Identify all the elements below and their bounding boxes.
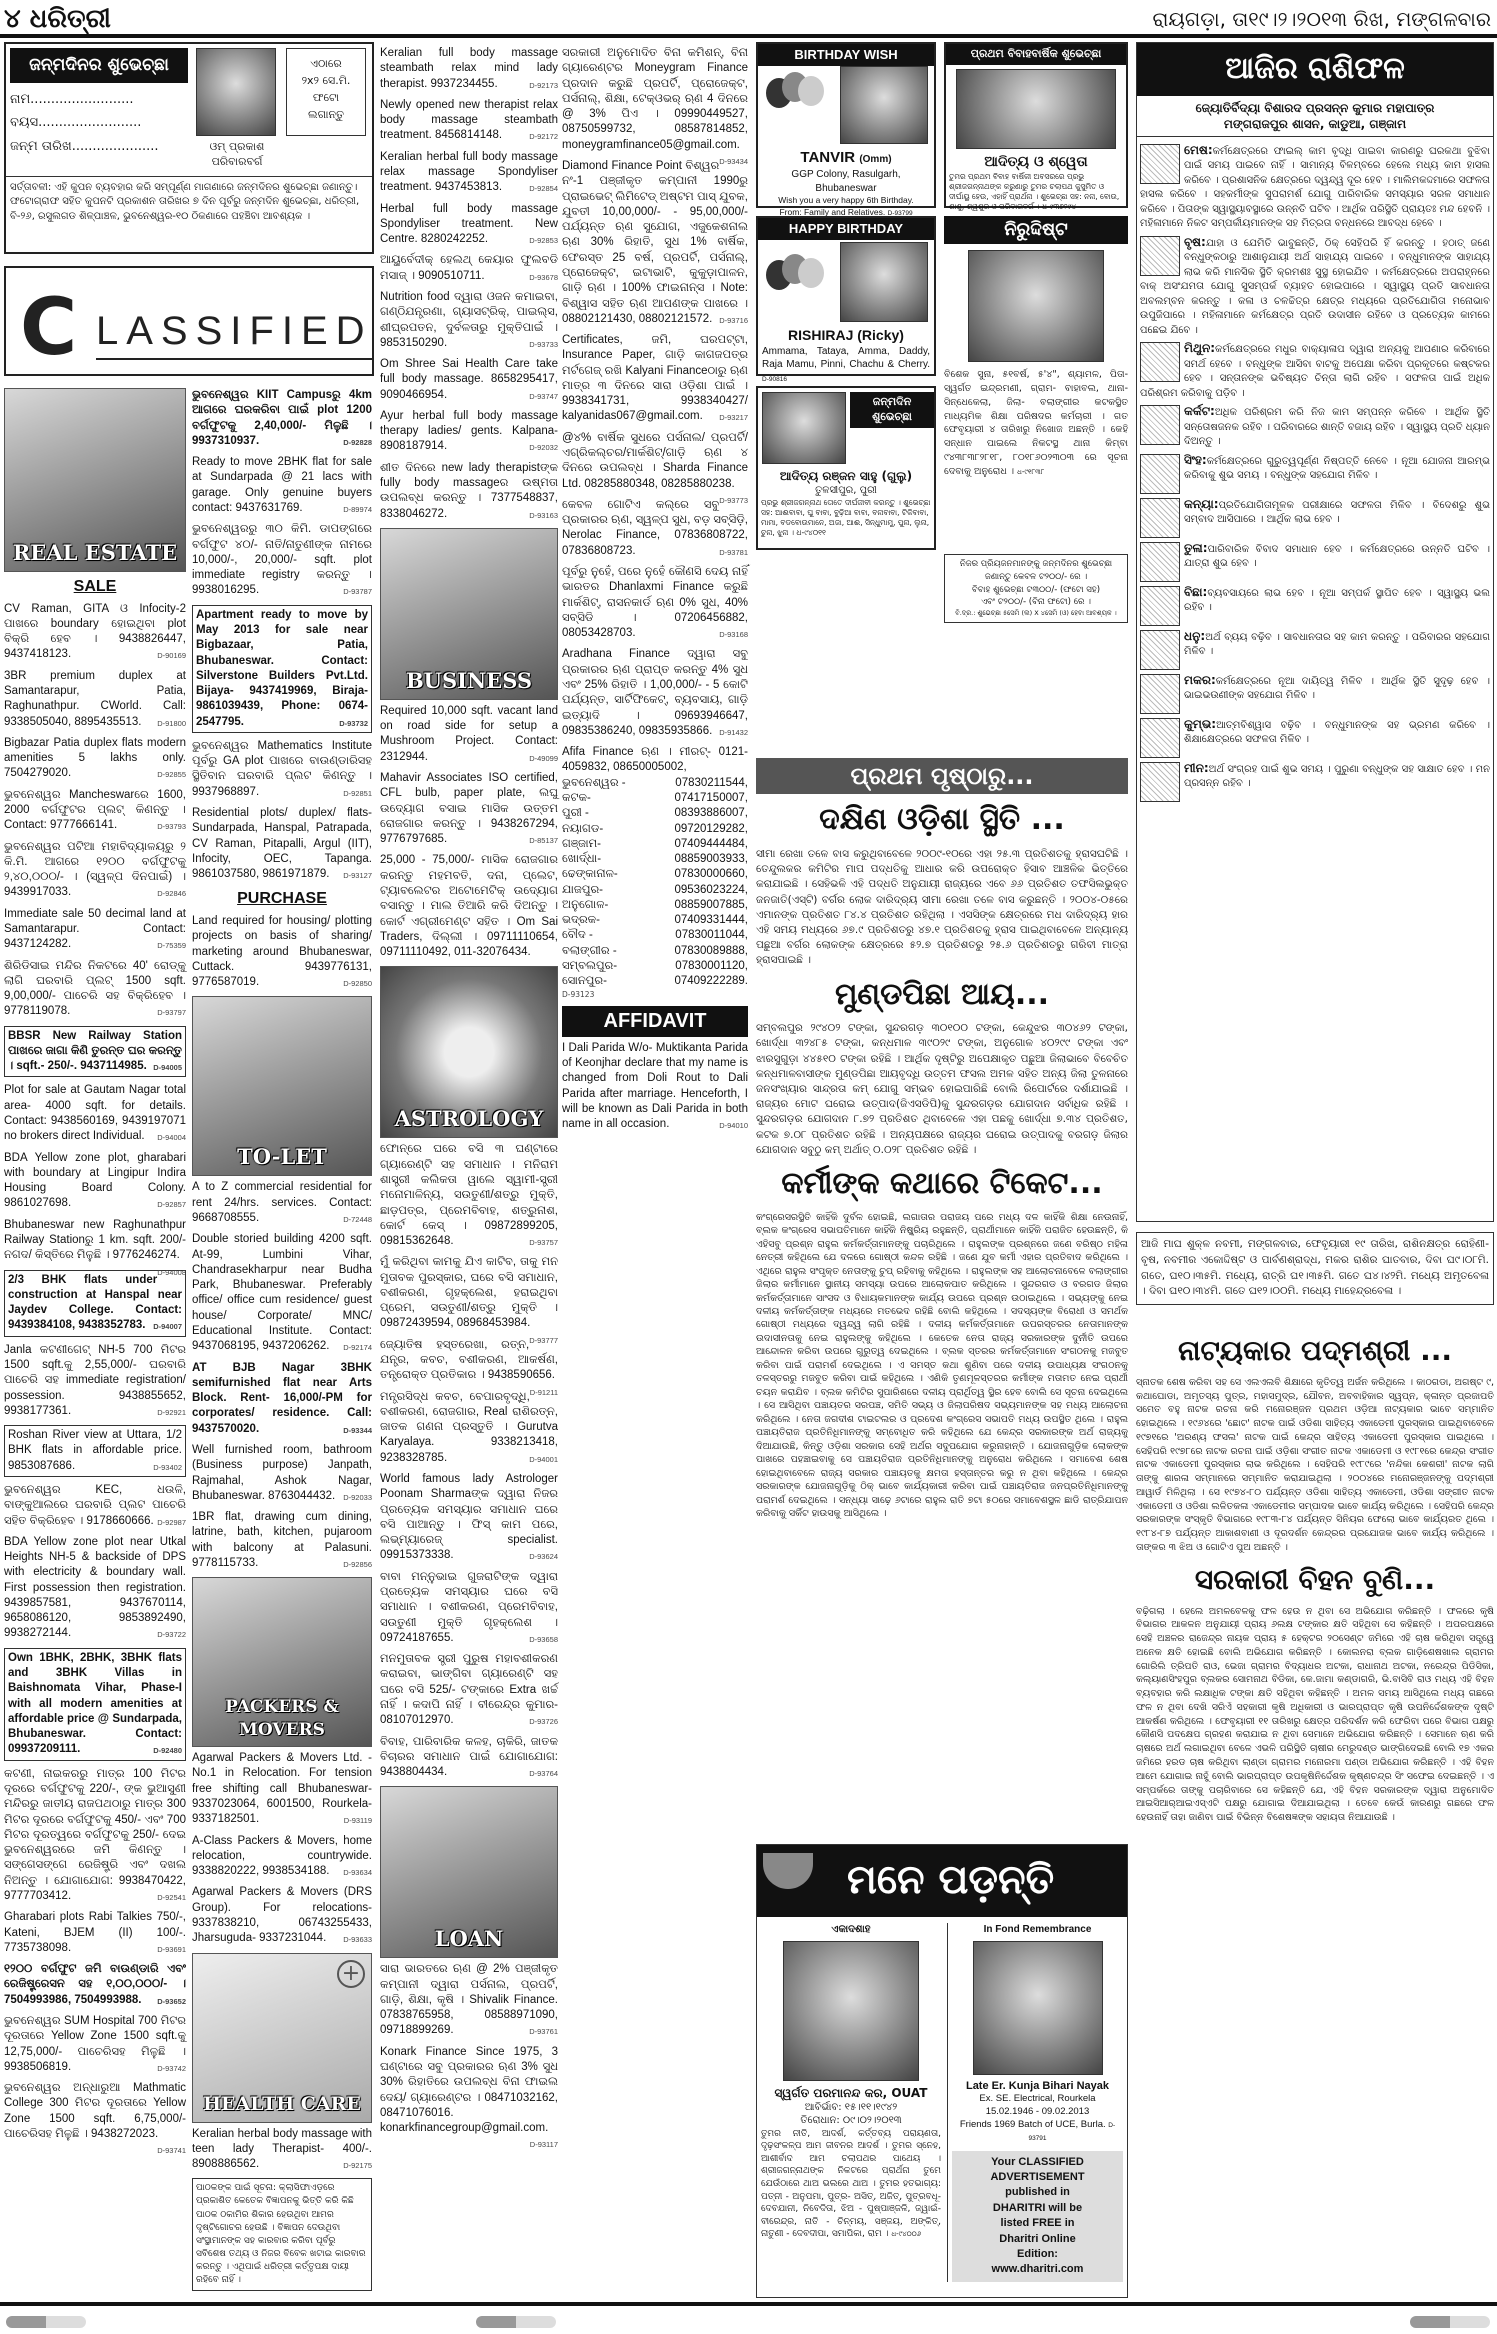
astrologer-address: ମଙ୍ଗରାଜପୁର ଶାସନ, କାଡୁଆ, ଗଞ୍ଜାମ [1141, 116, 1489, 132]
classified-ad: Agarwal Packers & Movers (DRS Group). Fo… [192, 1885, 372, 1946]
anniversary-box: ପ୍ରଥମ ବିବାହବାର୍ଷିକ ଶୁଭେଚ୍ଛା ଆଦିତ୍ୟ ଓ ଶ୍ୱ… [944, 42, 1128, 208]
real-estate-image: REAL ESTATE [4, 388, 186, 572]
classified-ad: ଭୁବନେଶ୍ୱର KIIT Campusରୁ 4km ଆଗରେ ଘରକରିବା… [192, 388, 372, 449]
branch-phone: 07830001120, [675, 959, 748, 974]
tanvir-nick: (Omm) [859, 154, 891, 165]
ad-text: Apartment ready to move by May 2013 for … [196, 609, 368, 728]
ad-text: ମନମୁତାବକ ସ୍ତ୍ରୀ ପୁରୁଷ ମହାବଶୀକରଣ କରାଇବା, … [380, 1653, 558, 1726]
column-real-estate: REAL ESTATE SALE CV Raman, GITA ଓ Infoci… [4, 384, 186, 2156]
promo-line: listed FREE in [956, 2216, 1119, 2231]
section-sale: SALE [4, 576, 186, 598]
classified-ad: Bigbazar Patia duplex flats modern ameni… [4, 736, 186, 782]
horoscope-box: ଆଜିର ରାଶିଫଳ ଜ୍ୟୋତିର୍ବିଦ୍ୟା ବିଶାରଦ ପ୍ରସନ୍… [1136, 42, 1494, 1222]
zodiac-forecast: ଅର୍ଥ ବ୍ୟୟ ବଢ଼ିବ । ସାବଧାନତାର ସହ କାମ କରନ୍ତ… [1184, 632, 1490, 658]
classified-ad: ଆୟୁର୍ବେଦୀକ୍ ହେଲଥ୍ କେୟାର ଫୁଲବଡି ମସାଜ୍ । 9… [380, 253, 558, 284]
tolet-ads-list: A to Z commercial residential for rent 2… [192, 1180, 372, 1571]
classified-ad: ସାରା ଭାରତରେ ଋଣ @ 2% ପଞ୍ଜୀକୃତ କମ୍ପାନୀ ଦ୍ୱ… [380, 1962, 558, 2038]
missing-person-photo [968, 250, 1104, 362]
loan-label: LOAN [381, 1925, 557, 1953]
zodiac-forecast: ପ୍ରତିଯୋଗିତାମୂଳକ ପରୀକ୍ଷାରେ ସଫଳତା ମିଳିବ । … [1184, 500, 1490, 526]
jonmodin-text: ପ୍ରଭୁ ଶ୍ରୀଜଗନ୍ନାଥ ତୋତେ ଦୀର୍ଘଜୀବୀ କରନ୍ତୁ … [761, 498, 930, 537]
zodiac-sign-icon [1140, 454, 1180, 494]
ad-code: D-94008 [157, 1268, 186, 1278]
classified-ad: BDA Yellow zone plot near Utkal Heights … [4, 1535, 186, 1642]
page-header: ୪ ଧରିତ୍ରୀ ରାୟଗଡ଼ା, ତା୧୯।୨।୨୦୧୩ ରିଖ, ମଙ୍ଗ… [0, 0, 1497, 38]
purchase-ads-list: Land required for housing/ plotting proj… [192, 914, 372, 990]
classified-ad: Keralian herbal full body massage relax … [380, 150, 558, 196]
classified-ad: Keralian herbal body massage with teen l… [192, 2127, 372, 2173]
classified-ad: କଟଣୀ, ନାଇକରରୁ ମାତ୍ର 100 ମିଟର ଦୂରରେ ବର୍ଗଫ… [4, 1767, 186, 1905]
obituary-left: ଏକାଦଶାହ ସ୍ୱର୍ଗତ ପରମାନନ୍ଦ କର, OUAT ଆବିର୍ଭ… [761, 1923, 941, 2241]
classified-ad: World famous lady Astrologer Poonam Shar… [380, 1472, 558, 1564]
ad-code: D-93652 [157, 1997, 186, 2007]
ad-text: Bhubaneswar new Raghunathpur Railway Sta… [4, 1219, 186, 1262]
classified-ad: Keralian full body massage steambath rel… [380, 46, 558, 92]
headline-ticket: କର୍ମୀଙ୍କ କଥାରେ ଟିକେଟ... [756, 1164, 1128, 1205]
branch-row: ଭଦ୍ରକ-07409331444, [562, 913, 748, 928]
ad-code: D-93344 [343, 1426, 372, 1436]
ad-code: D-93434 [719, 157, 748, 167]
remembrance-line: 15.02.1946 - 09.02.2013 [952, 2106, 1123, 2119]
massage-ads-list: Keralian full body massage steambath rel… [380, 46, 558, 522]
classified-initial: C [20, 276, 77, 381]
branch-phone: 07830000660, [674, 867, 748, 882]
ad-code: D-92480 [153, 1746, 182, 1756]
ad-code: D-93634 [343, 1868, 372, 1878]
zodiac-sign-icon [1140, 674, 1180, 714]
ad-code: D-94007 [153, 1322, 182, 1332]
wishes-block: BIRTHDAY WISH TANVIR (Omm) GGP Colony, R… [756, 42, 1128, 750]
classified-ad: Om Shree Sai Health Care take full body … [380, 357, 558, 403]
wish-rates-box: ନିଜର ପ୍ରିୟଜନମାନଙ୍କୁ ଜନ୍ମଦିନର ଶୁଭେଚ୍ଛା ଜଣ… [944, 554, 1128, 623]
balloons-icon [766, 72, 826, 122]
ad-code: D-93163 [529, 511, 558, 521]
health-care-label: HEALTH CARE [193, 2092, 371, 2118]
zodiac-sign-icon [1140, 498, 1180, 538]
ad-code: D-92987 [157, 1518, 186, 1528]
ad-text: ଫୋନ୍‌ରେ ଘରେ ବସି ୩ ଘଣ୍ଟାରେ ଗ୍ୟାରେଣ୍ଟି ସହ … [380, 1143, 558, 1247]
ad-code: D-93127 [343, 871, 372, 881]
classified-ad: ମନ୍ତ୍ରସିଦ୍ଧ କବଚ, ବେପାରବୃଦ୍ଧି, ବଶୀକରଣ, ରୋ… [380, 1390, 558, 1466]
classified-ad: Janla କଟଣୀଗେଟ୍ NH-5 700 ମିଟର 1500 sqft.କ… [4, 1343, 186, 1419]
ad-code: D-92846 [157, 889, 186, 899]
news-continued: ପ୍ରଥମ ପୃଷ୍ଠାରୁ... ଦକ୍ଷିଣ ଓଡ଼ିଶା ସ୍ଥିତି .… [756, 758, 1128, 1583]
affidavit-title: AFFIDAVIT [562, 1006, 748, 1037]
branch-phone: 07409222289. [674, 974, 748, 989]
ad-code: D-91432 [719, 728, 748, 738]
zodiac-entry: ଧନୁ:ଅର୍ଥ ବ୍ୟୟ ବଢ଼ିବ । ସାବଧାନତାର ସହ କାମ କ… [1140, 628, 1490, 670]
zodiac-entry: କନ୍ୟା:ପ୍ରତିଯୋଗିତାମୂଳକ ପରୀକ୍ଷାରେ ସଫଳତା ମି… [1140, 496, 1490, 538]
page-number-masthead: ୪ ଧରିତ୍ରୀ [4, 2, 111, 37]
classified-ad: 25,000 - 75,000/- ମାସିକ ରୋଜଗାର କରନ୍ତୁ ମହ… [380, 853, 558, 960]
branch-phone: 07409444484, [674, 837, 748, 852]
classified-word: LASSIFIED [96, 304, 373, 360]
zodiac-name: କନ୍ୟା: [1184, 497, 1219, 511]
classified-ad: Herbal full body massage Spondyliser tre… [380, 202, 558, 248]
zodiac-entry: ମିଥୁନ:କର୍ମକ୍ଷେତ୍ରରେ ମଧୁର ବାକ୍ୟାଳାପ ଦ୍ୱାର… [1140, 340, 1490, 401]
business-ads-list: Required 10,000 sqft. vacant land on roa… [380, 704, 558, 961]
ad-code: D-93716 [719, 316, 748, 326]
branch-phone: 07830211544, [675, 776, 748, 791]
affidavit-text: I Dali Parida W/o- Muktikanta Parida of … [562, 1042, 748, 1130]
zodiac-sign-icon [1140, 586, 1180, 626]
ad-code: D-94004 [157, 1133, 186, 1143]
photo-caption-family: ପରିବାରବର୍ଗ [196, 155, 278, 170]
zodiac-entry: କର୍କଟ:ଅଧିକ ପରିଶ୍ରମ କରି ନିଜ କାମ ସମ୍ପନ୍ନ କ… [1140, 403, 1490, 450]
rate-line: ଜଣାନ୍ତୁ କେବଳ ଟ୨୦୦/- ରେ । [948, 571, 1124, 584]
zodiac-list: ମେଷ:କର୍ମକ୍ଷେତ୍ରରେ ଫାଇଲ୍ କାମ ବୃଦ୍ଧି ପାଇବା… [1137, 137, 1493, 807]
remembrance-line: Friends 1969 Batch of UCE, Burla. [960, 2119, 1106, 2130]
diya-lamp-icon [763, 1853, 813, 1889]
ad-code: D-92541 [157, 1893, 186, 1903]
obituary-block: ମନେ ପଡ଼ନ୍ତି ଏକାଦଶାହ ସ୍ୱର୍ଗତ ପରମାନନ୍ଦ କର,… [756, 1844, 1128, 2298]
ad-code: ଧ-୯୪୦୦୬ [891, 2230, 921, 2238]
classified-ad: BDA Yellow zone plot, gharabari with bou… [4, 1151, 186, 1212]
tolet-image: TO-LET [192, 996, 372, 1176]
property-ads-list: ଭୁବନେଶ୍ୱର KIIT Campusରୁ 4km ଆଗରେ ଘରକରିବା… [192, 388, 372, 882]
branch-row: ବଲାଙ୍ଗୀର -07830089888, [562, 944, 748, 959]
remembrance-label: In Fond Remembrance [952, 1923, 1123, 1937]
branch-city: ଯାଜପୁର- [562, 883, 603, 898]
ad-code: D-93168 [719, 630, 748, 640]
classified-ad: Double storied building 4200 sqft. At-99… [192, 1232, 372, 1354]
missing-text: ବିଶେକ ସୁନା, ୫୧ବର୍ଷ, ୫'୪", ଶ୍ୟାମଳ, ପିତା- … [944, 369, 1128, 476]
branch-city: ସୋନପୁର- [562, 974, 607, 989]
zodiac-name: କର୍କଟ: [1184, 404, 1215, 418]
classified-ad: ପୂର୍ବରୁ ନୁହେଁ, ପରେ ନୁହେଁ କୌଣସି ଦେୟ ନାହିଁ… [562, 565, 748, 641]
zodiac-name: ସିଂହ: [1184, 453, 1207, 467]
classified-ad: Ready to move 2BHK flat for sale at Sund… [192, 455, 372, 516]
packers-movers-label: PACKERS & MOVERS [193, 1696, 371, 1742]
page-tab-right [1410, 2316, 1490, 2328]
business-image: BUSINESS [380, 528, 558, 700]
child-photo [196, 48, 276, 136]
zodiac-name: ମକର: [1184, 673, 1216, 687]
classified-ad: 1BR flat, drawing cum dining, latrine, b… [192, 1510, 372, 1571]
ad-code: D-93658 [529, 1635, 558, 1645]
ad-code: ଧ-୯୧୮୩୮ [1017, 468, 1044, 476]
died-date: ତିରୋଧାନ: ୦୯।୦୨।୨୦୧୩ [761, 2114, 941, 2128]
ad-code: D-93777 [529, 1336, 558, 1346]
right-news: ନାଟ୍ୟକାର ପଦ୍ମଶ୍ରୀ ... ସ୍ନାତକ ଶେଷ କରିବା ସ… [1136, 1326, 1494, 1825]
zodiac-entry: କୁମ୍ଭ:ଆତ୍ମବିଶ୍ୱାସ ବଢ଼ିବ । ବନ୍ଧୁମାନଙ୍କ ସହ… [1140, 716, 1490, 758]
classified-ad: ଶିରିଡିସାଇ ମନ୍ଦିର ନିକଟରେ 40' ରୋଡ୍‌କୁ ଲାଗି… [4, 959, 186, 1020]
anniversary-title: ପ୍ରଥମ ବିବାହବାର୍ଷିକ ଶୁଭେଚ୍ଛା [946, 44, 1126, 65]
ad-code: D-93761 [529, 2027, 558, 2037]
packers-ads-list: Agarwal Packers & Movers Ltd. - No.1 in … [192, 1751, 372, 1946]
zodiac-sign-icon [1140, 542, 1180, 582]
finance-ads-list: ସରକାରୀ ଅନୁମୋଦିତ ବିନା କମିଶନ୍, ବିନା ଗ୍ୟାରେ… [562, 46, 748, 739]
zodiac-sign-icon [1140, 144, 1180, 184]
zodiac-name: ମୀନ: [1184, 761, 1209, 775]
classified-ad: Well furnished room, bathroom (Business … [192, 1443, 372, 1504]
branch-city: ବୌଦ - [562, 928, 593, 943]
branch-phone: 08393886007, [674, 806, 748, 821]
photo-box-line: ଲଗାନ୍ତୁ [287, 106, 365, 123]
ad-code: D-93691 [157, 1945, 186, 1955]
classified-ad: Agarwal Packers & Movers Ltd. - No.1 in … [192, 1751, 372, 1827]
story-seeds: ବଢ଼ିଗଲା । ହେଲେ ଅମଳବେଳକୁ ଫଳ ହେଉ ନ ଥିବା ସେ… [1136, 1605, 1494, 1825]
classified-ad: ସରକାରୀ ଅନୁମୋଦିତ ବିନା କମିଶନ୍, ବିନା ଗ୍ୟାରେ… [562, 46, 748, 153]
branch-row: ବୌଦ -07830011044, [562, 928, 748, 943]
classified-ad: ଶୀତ ଦିନରେ new lady therapistଙ୍କ fully bo… [380, 461, 558, 522]
zodiac-sign-icon [1140, 762, 1180, 802]
remembrance-line: Ex. SE. Electrical, Rourkela [952, 2093, 1123, 2106]
missing-person-box: ନିରୁଦ୍ଦିଷ୍ଟ ବିଶେକ ସୁନା, ୫୧ବର୍ଷ, ୫'୪", ଶ୍… [944, 216, 1128, 478]
aditya-name: ଆଦିତ୍ୟ ରଞ୍ଜନ ସାହୁ (ଗୁଲୁ) [761, 468, 931, 484]
front-page-continued-banner: ପ୍ରଥମ ପୃଷ୍ଠାରୁ... [756, 758, 1128, 794]
aditya-photo [762, 392, 846, 464]
tanvir-name: TANVIR [800, 149, 855, 166]
classified-ad: Konark Finance Since 1975, 3 ଘଣ୍ଟାରେ ସବୁ… [380, 2045, 558, 2137]
ad-code: D-92851 [343, 789, 372, 799]
ad-code: D-92853 [529, 236, 558, 246]
branch-city: କଟକ- [562, 791, 591, 806]
ad-code: D-93633 [343, 1935, 372, 1945]
promo-line: Dharitri Online [956, 2232, 1119, 2247]
zodiac-entry: ମୀନ:ଅର୍ଥ ସଂଗ୍ରହ ପାଇଁ ଶୁଭ ସମୟ । ପୁରୁଣା ବନ… [1140, 760, 1490, 802]
classified-ad: AT BJB Nagar 3BHK semifurnished flat nea… [192, 1361, 372, 1437]
coupon-dob-field[interactable]: ଜନ୍ମ ତାରିଖ..................... [10, 138, 188, 156]
ad-code: D-93747 [529, 392, 558, 402]
astrology-image: ASTROLOGY [380, 966, 558, 1138]
ad-code: D-90816 [762, 376, 787, 383]
classified-ad: A-Class Packers & Movers, home relocatio… [192, 1834, 372, 1880]
zodiac-entry: ତୁଳା:ପାରିବାରିକ ବିବାଦ ସମାଧାନ ହେବ । କର୍ମକ୍… [1140, 540, 1490, 582]
branch-phone: 07409331444, [674, 913, 748, 928]
ad-code: D-92850 [343, 979, 372, 989]
zodiac-sign-icon [1140, 630, 1180, 670]
classified-ad: CV Raman, GITA ଓ Infocity-2 ପାଖରେ bounda… [4, 602, 186, 663]
couple-names: ଆଦିତ୍ୟ ଓ ଶ୍ୱେତା [946, 153, 1126, 172]
column-property-tolet: ଭୁବନେଶ୍ୱର KIIT Campusରୁ 4km ଆଗରେ ଘରକରିବା… [192, 384, 372, 2291]
packers-movers-image: PACKERS & MOVERS [192, 1577, 372, 1747]
ad-code: D-93117 [530, 2140, 558, 2150]
classified-ad: Roshan River view at Uttara, 1/2 BHK fla… [4, 1425, 186, 1477]
birthday-wish-box: BIRTHDAY WISH TANVIR (Omm) GGP Colony, R… [756, 42, 936, 208]
promo-line: ADVERTISEMENT [956, 2170, 1119, 2185]
ad-code: D-93757 [529, 1238, 558, 1248]
classified-ad: Own 1BHK, 2BHK, 3BHK flats and 3BHK Vill… [4, 1648, 186, 1761]
classified-ad: @୪% ବାର୍ଷିକ ସୁଧରେ ପର୍ସନାଲ/ ପ୍ରପର୍ଟି/ଏଗ୍ର… [562, 431, 748, 492]
rate-line: ବି.ଦ୍ର.: ଶୁଭେଚ୍ଛା ୫ସେମି (ଲ) X ୪ସେମି (ଓ) … [948, 609, 1124, 619]
branch-phone: 07830089888, [674, 944, 748, 959]
ad-code: D-92828 [343, 438, 372, 448]
afifa-branch-list: ଭୁବନେଶ୍ୱର -07830211544,କଟକ-07417150007,ପ… [562, 776, 748, 990]
zodiac-entry: ମକର:କର୍ମକ୍ଷେତ୍ରରେ ନୂଆ ଦାୟିତ୍ୱ ମିଳିବ । ଆର… [1140, 672, 1490, 714]
ad-code: D-93742 [157, 2064, 186, 2074]
photo-box-line: ଏଠାରେ [287, 55, 365, 72]
zodiac-name: କୁମ୍ଭ: [1184, 717, 1216, 731]
affidavit-ad: I Dali Parida W/o- Muktikanta Parida of … [562, 1041, 748, 1133]
coupon-title: ଜନ୍ମଦିନର ଶୁଭେଚ୍ଛା [10, 48, 188, 83]
classified-ad: 2/3 BHK flats under construction at Hans… [4, 1270, 186, 1337]
dharitri-website-link[interactable]: www.dharitri.com [956, 2262, 1119, 2277]
tolet-label: TO-LET [193, 1143, 371, 1171]
zodiac-entry: ବିଛା:ବ୍ୟବସାୟରେ ଲାଭ ହେବ । ନୂଆ ସମ୍ପର୍କ ସ୍ଥ… [1140, 584, 1490, 626]
branch-city: ଅନୁଗୋଳ- [562, 898, 608, 913]
classified-ad: ଭୁବନେଶ୍ୱର Mancheswarରେ 1600, 2000 ବର୍ଗଫୁ… [4, 788, 186, 834]
column-health-business-astrology: Keralian full body massage steambath rel… [380, 42, 558, 2150]
branch-row: ନୟାଗଡ-09720129282, [562, 822, 748, 837]
zodiac-forecast: ଅର୍ଥ ସଂଗ୍ରହ ପାଇଁ ଶୁଭ ସମୟ । ପୁରୁଣା ବନ୍ଧୁଙ… [1184, 764, 1490, 790]
coupon-name-field[interactable]: ନାମ......................... [10, 91, 188, 109]
story-playwright: ସ୍ନାତକ ଶେଷ କରିବା ସହ ସେ ଏଲଏଲବି ଶିକ୍ଷାରେ କ… [1136, 1376, 1494, 1555]
loan-image: LOAN [380, 1786, 558, 1958]
birthday-wish-title: BIRTHDAY WISH [758, 44, 934, 66]
coupon-age-field[interactable]: ବୟସ......................... [10, 114, 188, 132]
branch-row: ଢେଙ୍କାନାଳ-07830000660, [562, 867, 748, 882]
ad-text: World famous lady Astrologer Poonam Shar… [380, 1473, 558, 1561]
ad-code: D-93722 [157, 1630, 186, 1640]
branch-row: ଅନୁଗୋଳ-08859007885, [562, 898, 748, 913]
classified-ad: Plot for sale at Gautam Nagar total area… [4, 1083, 186, 1144]
zodiac-forecast: ବ୍ୟବସାୟରେ ଲାଭ ହେବ । ନୂଆ ସମ୍ପର୍କ ସ୍ଥାପିତ … [1184, 588, 1490, 614]
branch-row: ଗଞ୍ଜାମ-07409444484, [562, 837, 748, 852]
ad-text: Mahavir Associates ISO certified, CFL bu… [380, 772, 558, 845]
classified-ad: Diamond Finance Point ବିଶ୍ୱର ନଂ-1 ପଞ୍ଜୀକ… [562, 159, 748, 327]
ad-code: D-92175 [343, 2161, 372, 2171]
ad-code: D-93732 [339, 719, 368, 729]
headline-south-odisha: ଦକ୍ଷିଣ ଓଡ଼ିଶା ସ୍ଥିତି ... [756, 800, 1128, 841]
rishiraj-photo [840, 242, 928, 322]
classified-ad: Nutrition food ଦ୍ୱାରା ଓଜନ କମାଇବା, ଗଣ୍ଠିଯ… [380, 290, 558, 351]
zodiac-sign-icon [1140, 405, 1180, 445]
branch-row: ସୋନପୁର-07409222289. [562, 974, 748, 989]
photo-box-line: ଫଟୋ [287, 89, 365, 106]
plus-icon: + [337, 1960, 365, 1988]
photo-placeholder-box: ଏଠାରେ ୨x୨ ସେ.ମି. ଫଟୋ ଲଗାନ୍ତୁ [286, 48, 366, 136]
classified-ad: Gharabari plots Rabi Talkies 750/-, Kate… [4, 1910, 186, 1956]
ad-code: D-92854 [529, 184, 558, 194]
branch-row: ଯାଜପୁର-09536023224, [562, 883, 748, 898]
ad-text: Residential plots/ duplex/ flats- Sundar… [192, 807, 372, 880]
classified-ad: ଭୁବନେଶ୍ୱର ଅନ୍ଧାରୁଆ Mathmatic College 300… [4, 2081, 186, 2142]
ad-code: D-93764 [529, 1769, 558, 1779]
ad-code: D-92032 [529, 443, 558, 453]
ad-code: D-85137 [529, 836, 558, 846]
balloons-icon [766, 254, 826, 304]
zodiac-sign-icon [1140, 236, 1180, 276]
ad-text: Konark Finance Since 1975, 3 ଘଣ୍ଟାରେ ସବୁ… [380, 2046, 558, 2134]
astrology-ads-list: ଫୋନ୍‌ରେ ଘରେ ବସି ୩ ଘଣ୍ଟାରେ ଗ୍ୟାରେଣ୍ଟି ସହ … [380, 1142, 558, 1780]
headline-playwright: ନାଟ୍ୟକାର ପଦ୍ମଶ୍ରୀ ... [1136, 1332, 1494, 1370]
rishiraj-name: RISHIRAJ (Ricky) [762, 326, 930, 345]
story-per-capita: ସମ୍ବଲପୁର ୨୯୪୦୨ ଟଙ୍କା, ସୁନ୍ଦରଗଡ଼ ୩୦୧୦୦ ଟଙ… [756, 1021, 1128, 1158]
obituary-title: ମନେ ପଡ଼ନ୍ତି [847, 1853, 1054, 1907]
afifa-intro: Afifa Finance ଋଣ । ମୀରଟ୍- 0121-4059832, … [562, 745, 748, 776]
horoscope-title: ଆଜିର ରାଶିଫଳ [1137, 43, 1493, 96]
headline-per-capita: ମୁଣ୍ଡପିଛା ଆୟ... [756, 975, 1128, 1016]
classified-ad: Mahavir Associates ISO certified, CFL bu… [380, 771, 558, 847]
zodiac-forecast: ପାରିବାରିକ ବିବାଦ ସମାଧାନ ହେବ । କର୍ମକ୍ଷେତ୍ର… [1184, 544, 1490, 570]
zodiac-forecast: ଅଧିକ ପରିଶ୍ରମ କରି ନିଜ କାମ ସମ୍ପନ୍ନ କରିବେ ।… [1184, 407, 1490, 447]
promo-line: DHARITRI will be [956, 2201, 1119, 2216]
branch-city: ଭଦ୍ରକ- [562, 913, 600, 928]
rate-line: ଏବଂ ଟ୨୦୦/- (ବିନା ଫଟୋ) ରେ । [948, 596, 1124, 609]
classified-ad: Required 10,000 sqft. vacant land on roa… [380, 704, 558, 765]
ad-code: D-92856 [343, 1560, 372, 1570]
ad-code: D-92174 [343, 1343, 372, 1353]
classified-ad: Ayur herbal full body massage therapy la… [380, 409, 558, 455]
paramananda-photo [783, 1941, 919, 2081]
photo-caption-name: ଓମ୍ ପ୍ରକାଶ [196, 140, 278, 155]
ad-code: D-90169 [157, 651, 186, 661]
ad-text: କଟଣୀ, ନାଇକରରୁ ମାତ୍ର 100 ମିଟର ଦୂରରେ ବର୍ଗଫ… [4, 1768, 186, 1902]
missing-title: ନିରୁଦ୍ଦିଷ୍ଟ [944, 216, 1128, 244]
classified-ad: Aradhana Finance ଦ୍ୱାରା ସବୁ ପ୍ରକାରର ଋଣ ପ… [562, 647, 748, 739]
branch-city: ନୟାଗଡ- [562, 822, 603, 837]
ad-text: 25,000 - 75,000/- ମାସିକ ରୋଜଗାର କରନ୍ତୁ ମହ… [380, 854, 558, 958]
astrologer-name: ଜ୍ୟୋତିର୍ବିଦ୍ୟା ବିଶାରଦ ପ୍ରସନ୍ନ କୁମାର ମହାପ… [1141, 100, 1489, 116]
branch-city: ଢେଙ୍କାନାଳ- [562, 867, 618, 882]
zodiac-forecast: ଆତ୍ମବିଶ୍ୱାସ ବଢ଼ିବ । ବନ୍ଧୁମାନଙ୍କ ସହ ଭ୍ରମଣ… [1184, 720, 1490, 746]
wish-line: Bhubaneswar [758, 182, 934, 196]
jonmodin-title: ଜନ୍ମଦିନ ଶୁଭେଚ୍ଛା [850, 392, 934, 428]
branch-phone: 07417150007, [674, 791, 748, 806]
classified-ad: Newly opened new therapist relax body ma… [380, 98, 558, 144]
kunja-name: Late Er. Kunja Bihari Nayak [952, 2079, 1123, 2094]
panjika-box: ଆଜି ମାଘ ଶୁକ୍ଳ ନବମୀ, ମଙ୍ଗଳବାର, ଫେବୃୟାରୀ ୧… [1136, 1232, 1494, 1305]
branch-city: ଗଞ୍ଜାମ- [562, 837, 601, 852]
ad-code: D-91800 [157, 719, 186, 729]
ad-code: D-93787 [343, 587, 372, 597]
zodiac-name: ବିଛା: [1184, 585, 1207, 599]
branch-phone: 08859007885, [674, 898, 748, 913]
top-left-block: ଜନ୍ମଦିନର ଶୁଭେଚ୍ଛା ନାମ...................… [4, 42, 374, 382]
ad-code: D-92855 [157, 770, 186, 780]
page-tab-center [476, 2316, 556, 2328]
classified-ad: Bhubaneswar new Raghunathpur Railway Sta… [4, 1218, 186, 1264]
online-edition-promo: Your CLASSIFIED ADVERTISEMENT published … [952, 2151, 1123, 2282]
paramananda-name: ସ୍ୱର୍ଗତ ପରମାନନ୍ଦ କର, OUAT [761, 2085, 941, 2101]
classified-ad: 3BR premium duplex at Samantarapur, Pati… [4, 669, 186, 730]
ad-code: D-94001 [529, 1455, 558, 1465]
obituary-banner: ମନେ ପଡ଼ନ୍ତି [757, 1845, 1127, 1917]
promo-line: published in [956, 2185, 1119, 2200]
ad-text: Aradhana Finance ଦ୍ୱାରା ସବୁ ପ୍ରକାରର ଋଣ ପ… [562, 648, 748, 736]
classified-ad: ମନମୁତାବକ ସ୍ତ୍ରୀ ପୁରୁଷ ମହାବଶୀକରଣ କରାଇବା, … [380, 1652, 558, 1728]
ad-code: D-94005 [153, 1063, 182, 1073]
ad-text: @୪% ବାର୍ଷିକ ସୁଧରେ ପର୍ସନାଲ/ ପ୍ରପର୍ଟି/ଏଗ୍ର… [562, 432, 748, 490]
astrology-label: ASTROLOGY [381, 1105, 557, 1133]
branch-phone: 07830011044, [675, 928, 748, 943]
section-purchase: PURCHASE [192, 888, 372, 910]
dateline: ରାୟଗଡ଼ା, ତା୧୯।୨।୨୦୧୩ ରିଖ, ମଙ୍ଗଳବାର [1152, 6, 1491, 33]
headline-seeds: ସରକାରୀ ବିହନ ବୁଣି... [1136, 1561, 1494, 1599]
real-estate-label: REAL ESTATE [5, 539, 185, 567]
classified-ad: ଭୁବନେଶ୍ୱର ପଟିଆ ମହାବିଦ୍ୟାଳୟରୁ ୨ କି.ମି. ଆଗ… [4, 840, 186, 901]
classified-ad: ଭୁବନେଶ୍ୱର SUM Hospital 700 ମିଟର ଦୂରତାରେ … [4, 2014, 186, 2075]
branch-phone: 09536023224, [674, 883, 748, 898]
classified-ad: Land required for housing/ plotting proj… [192, 914, 372, 990]
ad-code: D-49099 [529, 754, 558, 764]
ad-text: Diamond Finance Point ବିଶ୍ୱର ନଂ-1 ପଞ୍ଜୀକ… [562, 160, 748, 325]
branch-row: ପୁରୀ -08393886007, [562, 806, 748, 821]
rate-line: ନିଜର ପ୍ରିୟଜନମାନଙ୍କୁ ଜନ୍ମଦିନର ଶୁଭେଚ୍ଛା [948, 558, 1124, 571]
ad-text: ପୂର୍ବରୁ ନୁହେଁ, ପରେ ନୁହେଁ କୌଣସି ଦେୟ ନାହିଁ… [562, 566, 748, 639]
classified-ad: Residential plots/ duplex/ flats- Sundar… [192, 806, 372, 882]
ad-code: D-75359 [157, 941, 186, 951]
wish-line: GGP Colony, Rasulgarh, [758, 168, 934, 182]
ad-code: D-92921 [157, 1408, 186, 1418]
classified-ad: ବାବା ମନ୍ନୁଭାଇ ଗୁଜରାଟିଙ୍କ ଦ୍ୱାରା ପ୍ରତ୍ୟେକ… [380, 1570, 558, 1646]
ad-code: D-89974 [343, 505, 372, 515]
classified-ad: ଭୁବନେଶ୍ୱର KEC, ଧଉଳି, ବାଙ୍କୁଆଲରେ ଘରବାରି ପ… [4, 1483, 186, 1529]
classified-ad: ଭୁବନେଶ୍ୱରରୁ ୩୦ କିମି. ଡାପଙ୍ଗରେ ବର୍ଗଫୁଟ ୪୦… [192, 522, 372, 598]
ad-text: Agarwal Packers & Movers Ltd. - No.1 in … [192, 1752, 372, 1825]
promo-line: Edition: [956, 2247, 1119, 2262]
